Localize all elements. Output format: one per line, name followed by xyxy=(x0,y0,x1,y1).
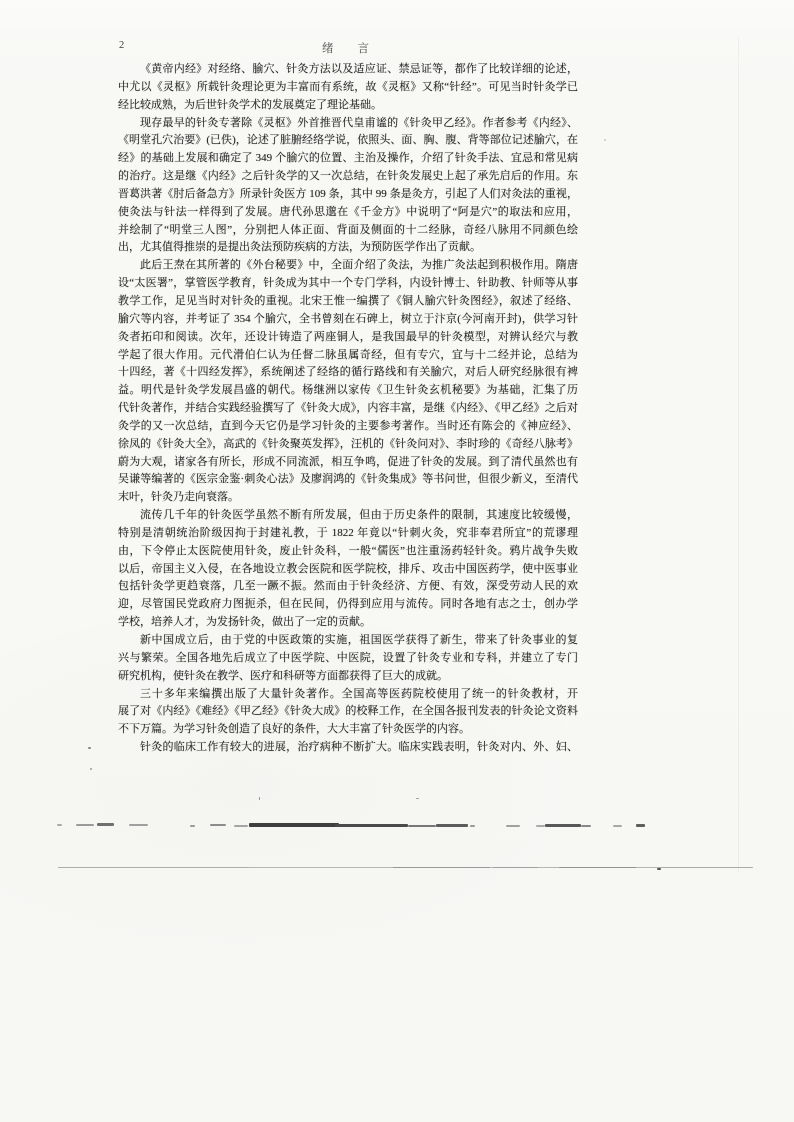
text-line: 益。明代是针灸学发展昌盛的朝代。杨继洲以家传《卫生针灸玄机秘要》为基础，汇集了历 xyxy=(118,382,578,400)
text-line: 不下万篇。为学习针灸创造了良好的条件，大大丰富了针灸医学的内容。 xyxy=(118,721,578,739)
text-line: 特别是清朝统治阶级因拘于封建礼教，于 1822 年竟以“针刺火灸，究非奉君所宜”… xyxy=(118,525,578,543)
text-line: 学起了很大作用。元代滑伯仁认为任督二脉虽属奇经，但有专穴，宜与十二经并论，总结为 xyxy=(118,347,578,365)
scan-artifact xyxy=(408,825,436,827)
text-line: 末叶，针灸乃走向衰落。 xyxy=(118,489,578,507)
scan-artifact xyxy=(90,768,92,770)
text-line: 灸学的又一次总结，直到今天它仍是学习针灸的主要参考著作。当时还有陈会的《神应经》… xyxy=(118,418,578,436)
scan-artifact xyxy=(76,824,94,826)
scan-artifact xyxy=(506,825,520,827)
page-edge-shadow-artifact xyxy=(738,38,739,872)
text-line: 晋葛洪著《肘后备急方》所录针灸医方 109 条，其中 99 条是灸方，引起了人们… xyxy=(118,186,578,204)
text-line: 徐凤的《针灸大全》，高武的《针灸聚英发挥》，汪机的《针灸问对》、李时珍的《奇经八… xyxy=(118,436,578,454)
running-header-title-char: 言 xyxy=(358,40,370,56)
text-line: 出，尤其值得推崇的是提出灸法预防疾病的方法，为预防医学作出了贡献。 xyxy=(118,239,578,257)
text-line: 由，下令停止太医院使用针灸，废止针灸科，一般“儒医”也注重汤药轻针灸。鸦片战争失… xyxy=(118,543,578,561)
text-line: 展了对《内经》《难经》《甲乙经》《针灸大成》的校释工作，在全国各报刊发表的针灸论… xyxy=(118,703,578,721)
text-line: 现存最早的针灸专著除《灵枢》外首推晋代皇甫谧的《针灸甲乙经》。作者参考《内经》、 xyxy=(118,115,578,133)
text-line: 经》的基础上发展和确定了 349 个腧穴的位置、主治及操作，介绍了针灸手法、宜忌… xyxy=(118,150,578,168)
scan-artifact xyxy=(613,825,622,827)
scan-artifact xyxy=(436,824,468,827)
text-line: 十四经，著《十四经发挥》，系统阐述了经络的循行路线和有关腧穴，对后人研究经脉很有… xyxy=(118,364,578,382)
scan-artifact xyxy=(581,825,591,827)
scan-artifact xyxy=(234,825,248,827)
scan-artifact xyxy=(97,823,114,826)
text-line: 经比较成熟，为后世针灸学术的发展奠定了理论基础。 xyxy=(118,97,578,115)
scan-artifact xyxy=(58,867,249,868)
text-line: 腧穴等内容，并考证了 354 个腧穴，全书曾刻在石碑上，树立于汴京(今河南开封)… xyxy=(118,311,578,329)
text-line: 教学工作，足见当时对针灸的重视。北宋王惟一编撰了《铜人腧穴针灸图经》，叙述了经络… xyxy=(118,293,578,311)
scan-artifact xyxy=(636,824,645,827)
text-line: 以后，帝国主义入侵，在各地设立教会医院和医学院校，排斥、攻击中国医药学，使中医事… xyxy=(118,561,578,579)
text-line: 研究机构，使针灸在教学、医疗和科研等方面都获得了巨大的成就。 xyxy=(118,668,578,686)
text-line: 并绘制了“明堂三人图”，分别把人体正面、背面及侧面的十二经脉，奇经八脉用不同颜色… xyxy=(118,222,578,240)
text-line: 吴谦等编著的《医宗金鉴·刺灸心法》及廖润鸿的《针灸集成》等书问世，但很少新义，至… xyxy=(118,471,578,489)
scan-artifact xyxy=(545,824,581,827)
text-line: 《明堂孔穴治要》(已佚)，论述了脏腑经络学说，依照头、面、胸、腹、背等部位记述腧… xyxy=(118,132,578,150)
scan-artifact xyxy=(470,825,475,827)
scan-artifact xyxy=(604,139,606,141)
text-line: 的治疗。这是继《内经》之后针灸学的又一次总结，在针灸发展史上起了承先启后的作用。… xyxy=(118,168,578,186)
text-line: 《黄帝内经》对经络、腧穴、针灸方法以及适应证、禁忌证等，都作了比较详细的论述，其 xyxy=(118,61,578,79)
text-line: 迎，尽管国民党政府力图扼杀，但在民间，仍得到应用与流传。同时各地有志之士，创办学… xyxy=(118,596,578,614)
scanned-book-page: 2 绪 言 《黄帝内经》对经络、腧穴、针灸方法以及适应证、禁忌证等，都作了比较详… xyxy=(0,0,794,1122)
scan-artifact xyxy=(335,824,408,827)
scan-artifact xyxy=(657,868,661,870)
scan-artifact xyxy=(559,867,636,868)
scan-artifact xyxy=(210,824,226,826)
text-line: 兴与繁荣。全国各地先后成立了中医学院、中医院，设置了针灸专业和专科，并建立了专门 xyxy=(118,650,578,668)
text-line: 针灸的临床工作有较大的进展，治疗病种不断扩大。临床实践表明，针灸对内、外、妇、 xyxy=(118,739,578,757)
scan-artifact xyxy=(536,825,545,827)
text-line: 包括针灸学更趋衰落，几至一蹶不振。然而由于针灸经济、方便、有效，深受劳动人民的欢 xyxy=(118,578,578,596)
text-line: 灸者拓印和阅读。次年，还设计铸造了两座铜人，是我国最早的针灸模型，对辨认经穴与教 xyxy=(118,329,578,347)
running-header-title: 绪 言 xyxy=(322,40,369,56)
scan-artifact xyxy=(416,798,419,799)
text-line: 学校，培养人才，为发扬针灸，做出了一定的贡献。 xyxy=(118,614,578,632)
scan-artifact xyxy=(88,747,91,749)
text-line: 中尤以《灵枢》所载针灸理论更为丰富而有系统，故《灵枢》又称“针经”。可见当时针灸… xyxy=(118,79,578,97)
scan-artifact xyxy=(493,867,538,868)
text-line: 设“太医署”，掌管医学教育，针灸成为其中一个专门学科，内设针博士、针助教、针师等… xyxy=(118,275,578,293)
scan-artifact xyxy=(259,797,260,800)
text-line: 此后王焘在其所著的《外台秘要》中，全面介绍了灸法，为推广灸法起到积极作用。隋唐 xyxy=(118,257,578,275)
text-line: 使灸法与针法一样得到了发展。唐代孙思邈在《千金方》中说明了“阿是穴”的取法和应用… xyxy=(118,204,578,222)
text-line: 蔚为大观，诸家各有所长，形成不同流派，相互争鸣，促进了针灸的发展。到了清代虽然也… xyxy=(118,454,578,472)
scan-artifact xyxy=(129,824,148,826)
text-line: 流传几千年的针灸医学虽然不断有所发展，但由于历史条件的限制，其速度比较缓慢， xyxy=(118,507,578,525)
text-line: 新中国成立后，由于党的中医政策的实施，祖国医学获得了新生，带来了针灸事业的复 xyxy=(118,632,578,650)
scan-artifact xyxy=(393,867,490,868)
scan-artifact xyxy=(190,825,195,827)
running-header-title-char: 绪 xyxy=(322,40,334,56)
body-text: 《黄帝内经》对经络、腧穴、针灸方法以及适应证、禁忌证等，都作了比较详细的论述，其… xyxy=(118,61,578,757)
scan-artifact xyxy=(57,824,62,826)
scan-artifact xyxy=(249,823,339,827)
text-line: 代针灸著作，并结合实践经验撰写了《针灸大成》，内容丰富，是继《内经》、《甲乙经》… xyxy=(118,400,578,418)
page-number: 2 xyxy=(119,40,124,51)
text-line: 三十多年来编撰出版了大量针灸著作。全国高等医药院校使用了统一的针灸教材，开 xyxy=(118,686,578,704)
